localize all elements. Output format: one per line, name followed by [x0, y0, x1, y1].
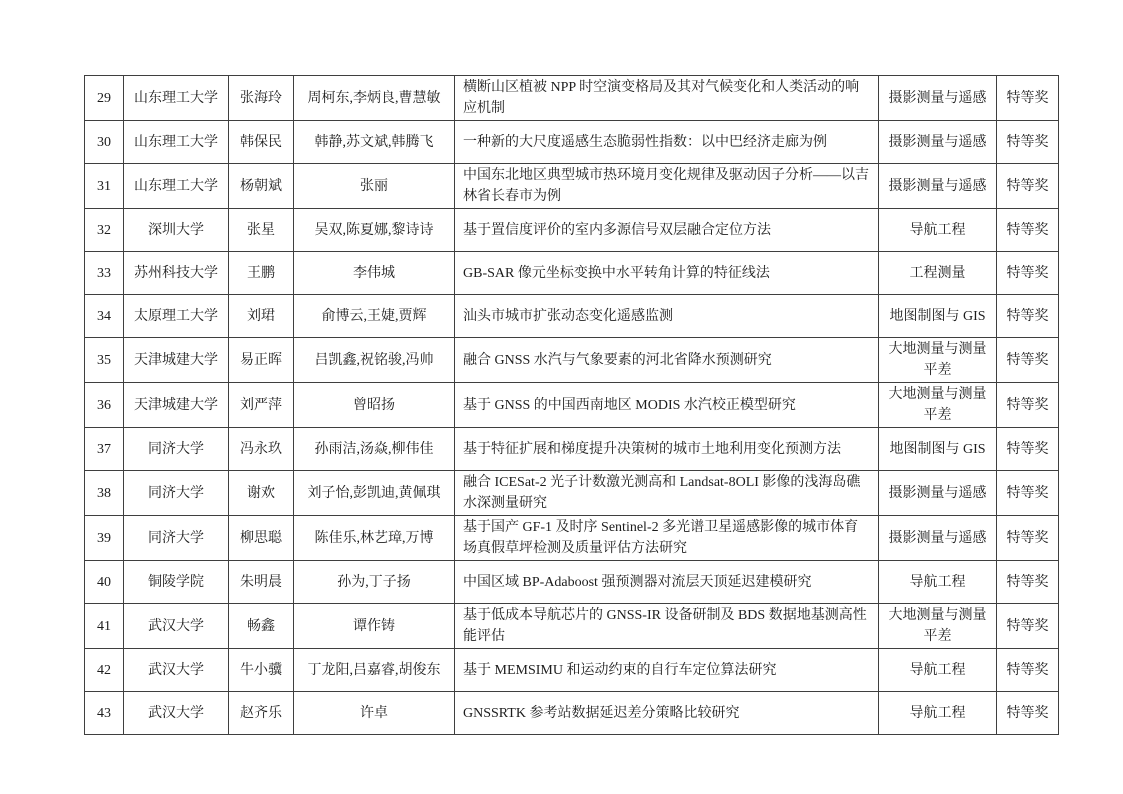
row-number-cell: 36: [85, 383, 124, 428]
category-cell: 大地测量与测量平差: [879, 383, 997, 428]
award-cell: 特等奖: [997, 649, 1059, 692]
award-cell: 特等奖: [997, 338, 1059, 383]
award-cell: 特等奖: [997, 121, 1059, 164]
university-cell: 山东理工大学: [124, 76, 229, 121]
title-cell: 融合 GNSS 水汽与气象要素的河北省降水预测研究: [455, 338, 879, 383]
title-cell: 基于低成本导航芯片的 GNSS-IR 设备研制及 BDS 数据地基测高性能评估: [455, 604, 879, 649]
table-row: 39 同济大学 柳思聪 陈佳乐,林艺璋,万博 基于国产 GF-1 及时序 Sen…: [85, 516, 1059, 561]
members-cell: 刘子怡,彭凯迪,黄佩琪: [294, 471, 455, 516]
award-cell: 特等奖: [997, 76, 1059, 121]
row-number-cell: 37: [85, 428, 124, 471]
members-cell: 李伟城: [294, 252, 455, 295]
award-cell: 特等奖: [997, 692, 1059, 735]
table-row: 31 山东理工大学 杨朝斌 张丽 中国东北地区典型城市热环境月变化规律及驱动因子…: [85, 164, 1059, 209]
leader-cell: 柳思聪: [229, 516, 294, 561]
table-row: 38 同济大学 谢欢 刘子怡,彭凯迪,黄佩琪 融合 ICESat-2 光子计数激…: [85, 471, 1059, 516]
row-number-cell: 38: [85, 471, 124, 516]
title-cell: 中国区域 BP-Adaboost 强预测器对流层天顶延迟建模研究: [455, 561, 879, 604]
table-row: 34 太原理工大学 刘珺 俞博云,王婕,贾辉 汕头市城市扩张动态变化遥感监测 地…: [85, 295, 1059, 338]
table-row: 41 武汉大学 畅鑫 谭作铸 基于低成本导航芯片的 GNSS-IR 设备研制及 …: [85, 604, 1059, 649]
leader-cell: 易正晖: [229, 338, 294, 383]
row-number-cell: 32: [85, 209, 124, 252]
row-number-cell: 39: [85, 516, 124, 561]
university-cell: 深圳大学: [124, 209, 229, 252]
award-cell: 特等奖: [997, 252, 1059, 295]
category-cell: 地图制图与 GIS: [879, 295, 997, 338]
row-number-cell: 33: [85, 252, 124, 295]
members-cell: 俞博云,王婕,贾辉: [294, 295, 455, 338]
category-cell: 摄影测量与遥感: [879, 516, 997, 561]
members-cell: 丁龙阳,吕嘉睿,胡俊东: [294, 649, 455, 692]
members-cell: 孙雨洁,汤焱,柳伟佳: [294, 428, 455, 471]
category-cell: 导航工程: [879, 649, 997, 692]
row-number-cell: 42: [85, 649, 124, 692]
members-cell: 韩静,苏文斌,韩腾飞: [294, 121, 455, 164]
leader-cell: 赵齐乐: [229, 692, 294, 735]
members-cell: 谭作铸: [294, 604, 455, 649]
leader-cell: 谢欢: [229, 471, 294, 516]
title-cell: 中国东北地区典型城市热环境月变化规律及驱动因子分析——以吉林省长春市为例: [455, 164, 879, 209]
leader-cell: 杨朝斌: [229, 164, 294, 209]
row-number-cell: 34: [85, 295, 124, 338]
awards-table: 29 山东理工大学 张海玲 周柯东,李炳良,曹慧敏 横断山区植被 NPP 时空演…: [84, 75, 1059, 735]
leader-cell: 韩保民: [229, 121, 294, 164]
table-row: 37 同济大学 冯永玖 孙雨洁,汤焱,柳伟佳 基于特征扩展和梯度提升决策树的城市…: [85, 428, 1059, 471]
title-cell: 基于 MEMSIMU 和运动约束的自行车定位算法研究: [455, 649, 879, 692]
university-cell: 天津城建大学: [124, 338, 229, 383]
category-cell: 摄影测量与遥感: [879, 164, 997, 209]
leader-cell: 刘严萍: [229, 383, 294, 428]
title-cell: 融合 ICESat-2 光子计数激光测高和 Landsat-8OLI 影像的浅海…: [455, 471, 879, 516]
table-row: 42 武汉大学 牛小骥 丁龙阳,吕嘉睿,胡俊东 基于 MEMSIMU 和运动约束…: [85, 649, 1059, 692]
award-cell: 特等奖: [997, 164, 1059, 209]
category-cell: 导航工程: [879, 209, 997, 252]
members-cell: 张丽: [294, 164, 455, 209]
award-cell: 特等奖: [997, 471, 1059, 516]
university-cell: 同济大学: [124, 516, 229, 561]
row-number-cell: 29: [85, 76, 124, 121]
category-cell: 大地测量与测量平差: [879, 604, 997, 649]
row-number-cell: 43: [85, 692, 124, 735]
leader-cell: 王鹏: [229, 252, 294, 295]
title-cell: 基于特征扩展和梯度提升决策树的城市土地利用变化预测方法: [455, 428, 879, 471]
members-cell: 周柯东,李炳良,曹慧敏: [294, 76, 455, 121]
leader-cell: 朱明晨: [229, 561, 294, 604]
table-row: 32 深圳大学 张星 吴双,陈夏娜,黎诗诗 基于置信度评价的室内多源信号双层融合…: [85, 209, 1059, 252]
table-row: 36 天津城建大学 刘严萍 曾昭扬 基于 GNSS 的中国西南地区 MODIS …: [85, 383, 1059, 428]
university-cell: 太原理工大学: [124, 295, 229, 338]
category-cell: 导航工程: [879, 561, 997, 604]
university-cell: 同济大学: [124, 428, 229, 471]
category-cell: 摄影测量与遥感: [879, 121, 997, 164]
table-row: 30 山东理工大学 韩保民 韩静,苏文斌,韩腾飞 一种新的大尺度遥感生态脆弱性指…: [85, 121, 1059, 164]
leader-cell: 冯永玖: [229, 428, 294, 471]
category-cell: 摄影测量与遥感: [879, 76, 997, 121]
table-row: 29 山东理工大学 张海玲 周柯东,李炳良,曹慧敏 横断山区植被 NPP 时空演…: [85, 76, 1059, 121]
university-cell: 天津城建大学: [124, 383, 229, 428]
table-row: 33 苏州科技大学 王鹏 李伟城 GB-SAR 像元坐标变换中水平转角计算的特征…: [85, 252, 1059, 295]
title-cell: 汕头市城市扩张动态变化遥感监测: [455, 295, 879, 338]
row-number-cell: 31: [85, 164, 124, 209]
title-cell: 基于 GNSS 的中国西南地区 MODIS 水汽校正模型研究: [455, 383, 879, 428]
category-cell: 导航工程: [879, 692, 997, 735]
category-cell: 地图制图与 GIS: [879, 428, 997, 471]
award-cell: 特等奖: [997, 516, 1059, 561]
title-cell: 基于国产 GF-1 及时序 Sentinel-2 多光谱卫星遥感影像的城市体育场…: [455, 516, 879, 561]
category-cell: 大地测量与测量平差: [879, 338, 997, 383]
awards-table-body: 29 山东理工大学 张海玲 周柯东,李炳良,曹慧敏 横断山区植被 NPP 时空演…: [85, 76, 1059, 735]
title-cell: GB-SAR 像元坐标变换中水平转角计算的特征线法: [455, 252, 879, 295]
university-cell: 苏州科技大学: [124, 252, 229, 295]
university-cell: 武汉大学: [124, 604, 229, 649]
row-number-cell: 35: [85, 338, 124, 383]
row-number-cell: 40: [85, 561, 124, 604]
document-page: 29 山东理工大学 张海玲 周柯东,李炳良,曹慧敏 横断山区植被 NPP 时空演…: [0, 0, 1123, 794]
members-cell: 孙为,丁子扬: [294, 561, 455, 604]
university-cell: 山东理工大学: [124, 121, 229, 164]
title-cell: 横断山区植被 NPP 时空演变格局及其对气候变化和人类活动的响应机制: [455, 76, 879, 121]
award-cell: 特等奖: [997, 604, 1059, 649]
leader-cell: 刘珺: [229, 295, 294, 338]
row-number-cell: 30: [85, 121, 124, 164]
award-cell: 特等奖: [997, 561, 1059, 604]
table-row: 40 铜陵学院 朱明晨 孙为,丁子扬 中国区域 BP-Adaboost 强预测器…: [85, 561, 1059, 604]
award-cell: 特等奖: [997, 295, 1059, 338]
university-cell: 武汉大学: [124, 692, 229, 735]
leader-cell: 牛小骥: [229, 649, 294, 692]
university-cell: 武汉大学: [124, 649, 229, 692]
members-cell: 吕凯鑫,祝铭骏,冯帅: [294, 338, 455, 383]
title-cell: 基于置信度评价的室内多源信号双层融合定位方法: [455, 209, 879, 252]
table-row: 43 武汉大学 赵齐乐 许卓 GNSSRTK 参考站数据延迟差分策略比较研究 导…: [85, 692, 1059, 735]
row-number-cell: 41: [85, 604, 124, 649]
members-cell: 陈佳乐,林艺璋,万博: [294, 516, 455, 561]
title-cell: GNSSRTK 参考站数据延迟差分策略比较研究: [455, 692, 879, 735]
members-cell: 曾昭扬: [294, 383, 455, 428]
leader-cell: 张海玲: [229, 76, 294, 121]
university-cell: 铜陵学院: [124, 561, 229, 604]
category-cell: 摄影测量与遥感: [879, 471, 997, 516]
category-cell: 工程测量: [879, 252, 997, 295]
members-cell: 吴双,陈夏娜,黎诗诗: [294, 209, 455, 252]
award-cell: 特等奖: [997, 383, 1059, 428]
award-cell: 特等奖: [997, 209, 1059, 252]
members-cell: 许卓: [294, 692, 455, 735]
table-row: 35 天津城建大学 易正晖 吕凯鑫,祝铭骏,冯帅 融合 GNSS 水汽与气象要素…: [85, 338, 1059, 383]
leader-cell: 畅鑫: [229, 604, 294, 649]
title-cell: 一种新的大尺度遥感生态脆弱性指数：以中巴经济走廊为例: [455, 121, 879, 164]
leader-cell: 张星: [229, 209, 294, 252]
university-cell: 同济大学: [124, 471, 229, 516]
university-cell: 山东理工大学: [124, 164, 229, 209]
award-cell: 特等奖: [997, 428, 1059, 471]
